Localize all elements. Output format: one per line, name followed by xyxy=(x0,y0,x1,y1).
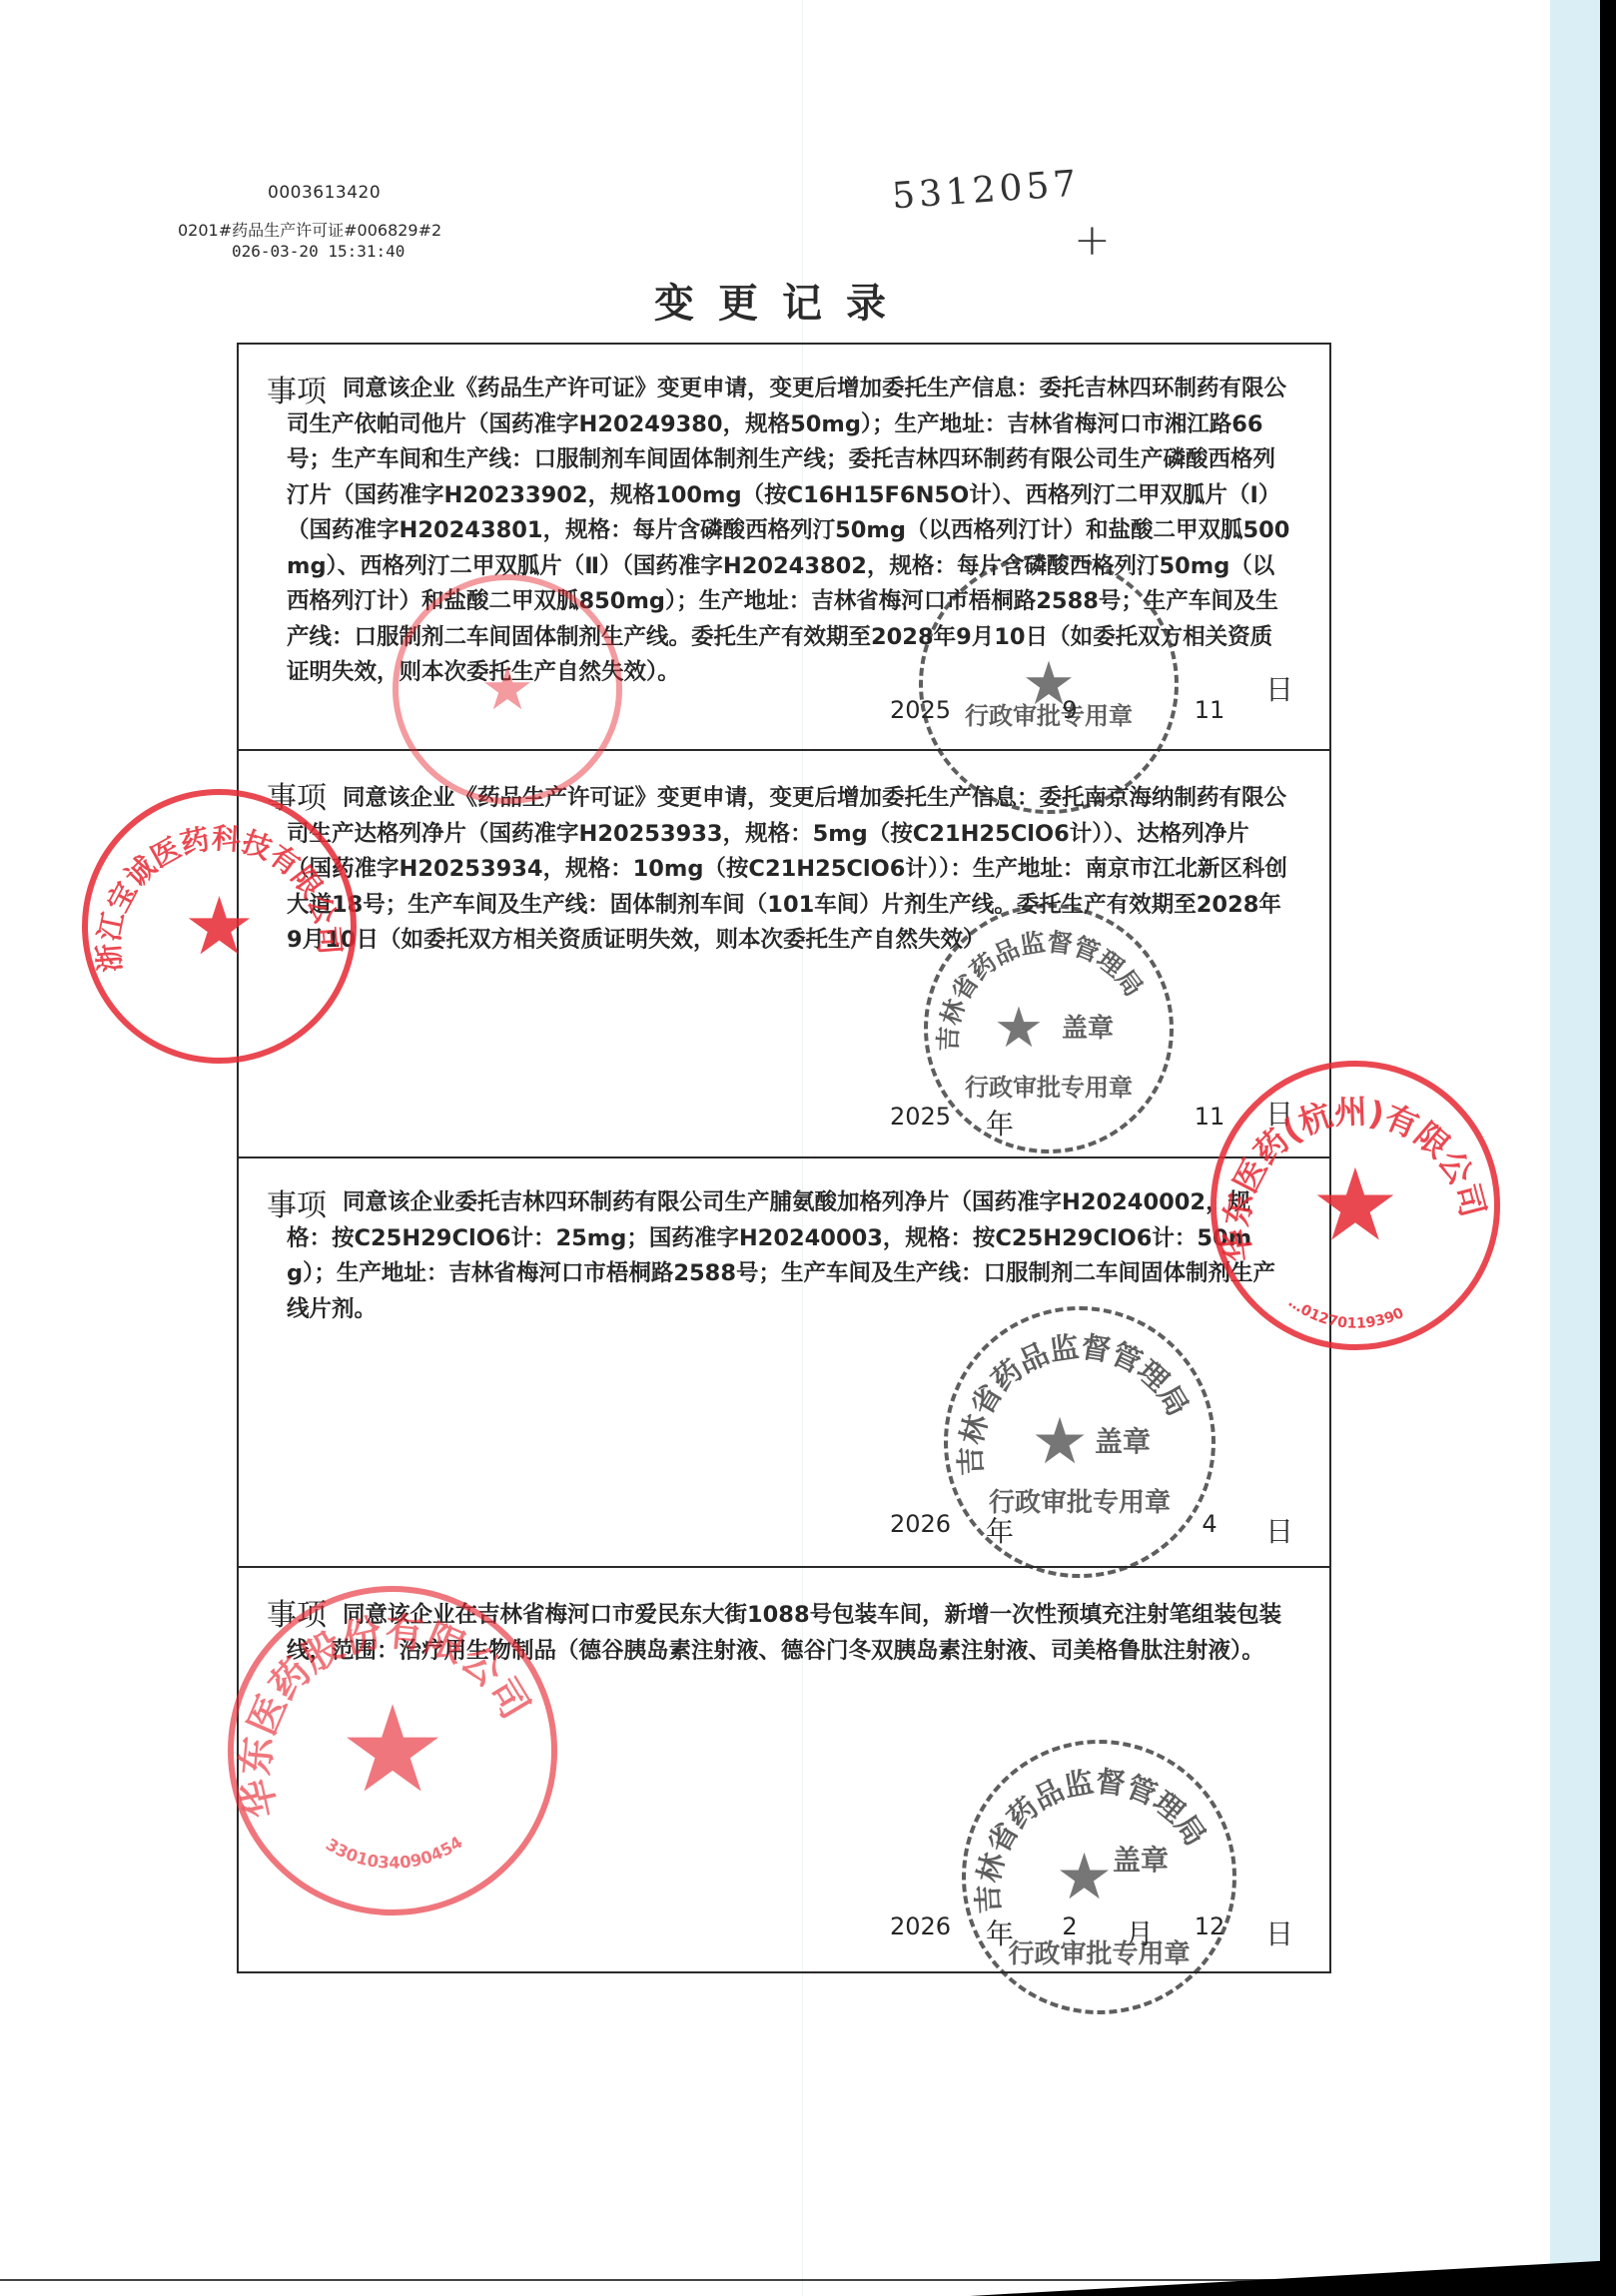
record-text: 同意该企业在吉林省梅河口市爱民东大街1088号包装车间，新增一次性预填充注射笔组… xyxy=(287,1598,1291,1669)
record-date: 2026 年 月 4 日 xyxy=(890,1510,1299,1550)
date-day-unit: 日 xyxy=(1259,668,1299,736)
scan-edge-shadow xyxy=(1600,0,1616,2296)
scan-edge-strip xyxy=(1550,0,1600,2296)
record-date: 2025 年 月 11 日 xyxy=(890,1103,1299,1143)
barcode-number: 0003613420 xyxy=(268,183,381,203)
record-date: 2026 年 2 月 12 日 xyxy=(890,1913,1299,1952)
page-title: 变更记录 xyxy=(654,272,910,329)
date-month xyxy=(1020,1510,1120,1550)
date-year: 2026 xyxy=(890,1913,980,1952)
date-year-unit: 年 xyxy=(980,1510,1020,1550)
handwritten-note: 5312057 xyxy=(891,163,1082,217)
change-record-table: 事项 同意该企业《药品生产许可证》变更申请，变更后增加委托生产信息：委托吉林四环… xyxy=(237,343,1331,1973)
record-text: 同意该企业《药品生产许可证》变更申请，变更后增加委托生产信息：委托南京海纳制药有… xyxy=(287,781,1291,959)
date-day: 11 xyxy=(1160,1103,1259,1143)
date-year-unit: 年 xyxy=(980,1103,1020,1143)
date-day-unit: 日 xyxy=(1259,1093,1299,1143)
record-date: 2025 年 9 月 11 日 xyxy=(890,696,1299,736)
handwritten-mark: + xyxy=(1074,215,1111,266)
date-day-unit: 日 xyxy=(1259,1510,1299,1550)
date-day: 11 xyxy=(1160,696,1259,736)
record-row: 事项 同意该企业《药品生产许可证》变更申请，变更后增加委托生产信息：委托南京海纳… xyxy=(239,751,1329,1158)
date-day: 12 xyxy=(1160,1913,1259,1952)
date-day-unit: 日 xyxy=(1259,1913,1299,1952)
scan-corner-shadow xyxy=(0,2256,1616,2296)
barcode xyxy=(208,128,459,183)
date-month xyxy=(1020,1103,1120,1143)
date-year: 2025 xyxy=(890,1103,980,1143)
license-reference: 0201#药品生产许可证#006829#2 xyxy=(178,218,441,241)
record-row: 事项 同意该企业《药品生产许可证》变更申请，变更后增加委托生产信息：委托吉林四环… xyxy=(239,345,1329,751)
date-month: 9 xyxy=(1020,696,1120,736)
date-year-unit: 年 xyxy=(980,1913,1020,1952)
record-row: 事项 同意该企业委托吉林四环制药有限公司生产脯氨酸加格列净片（国药准字H2024… xyxy=(239,1158,1329,1568)
date-year: 2025 xyxy=(890,696,980,736)
date-month-unit: 月 xyxy=(1120,1913,1160,1952)
date-day: 4 xyxy=(1160,1510,1259,1550)
record-row: 事项 同意该企业在吉林省梅河口市爱民东大街1088号包装车间，新增一次性预填充注… xyxy=(239,1568,1329,1975)
record-text: 同意该企业委托吉林四环制药有限公司生产脯氨酸加格列净片（国药准字H2024000… xyxy=(287,1185,1291,1327)
record-text: 同意该企业《药品生产许可证》变更申请，变更后增加委托生产信息：委托吉林四环制药有… xyxy=(287,372,1291,691)
print-timestamp: 026-03-20 15:31:40 xyxy=(232,242,404,261)
date-month: 2 xyxy=(1020,1913,1120,1952)
date-year: 2026 xyxy=(890,1510,980,1550)
